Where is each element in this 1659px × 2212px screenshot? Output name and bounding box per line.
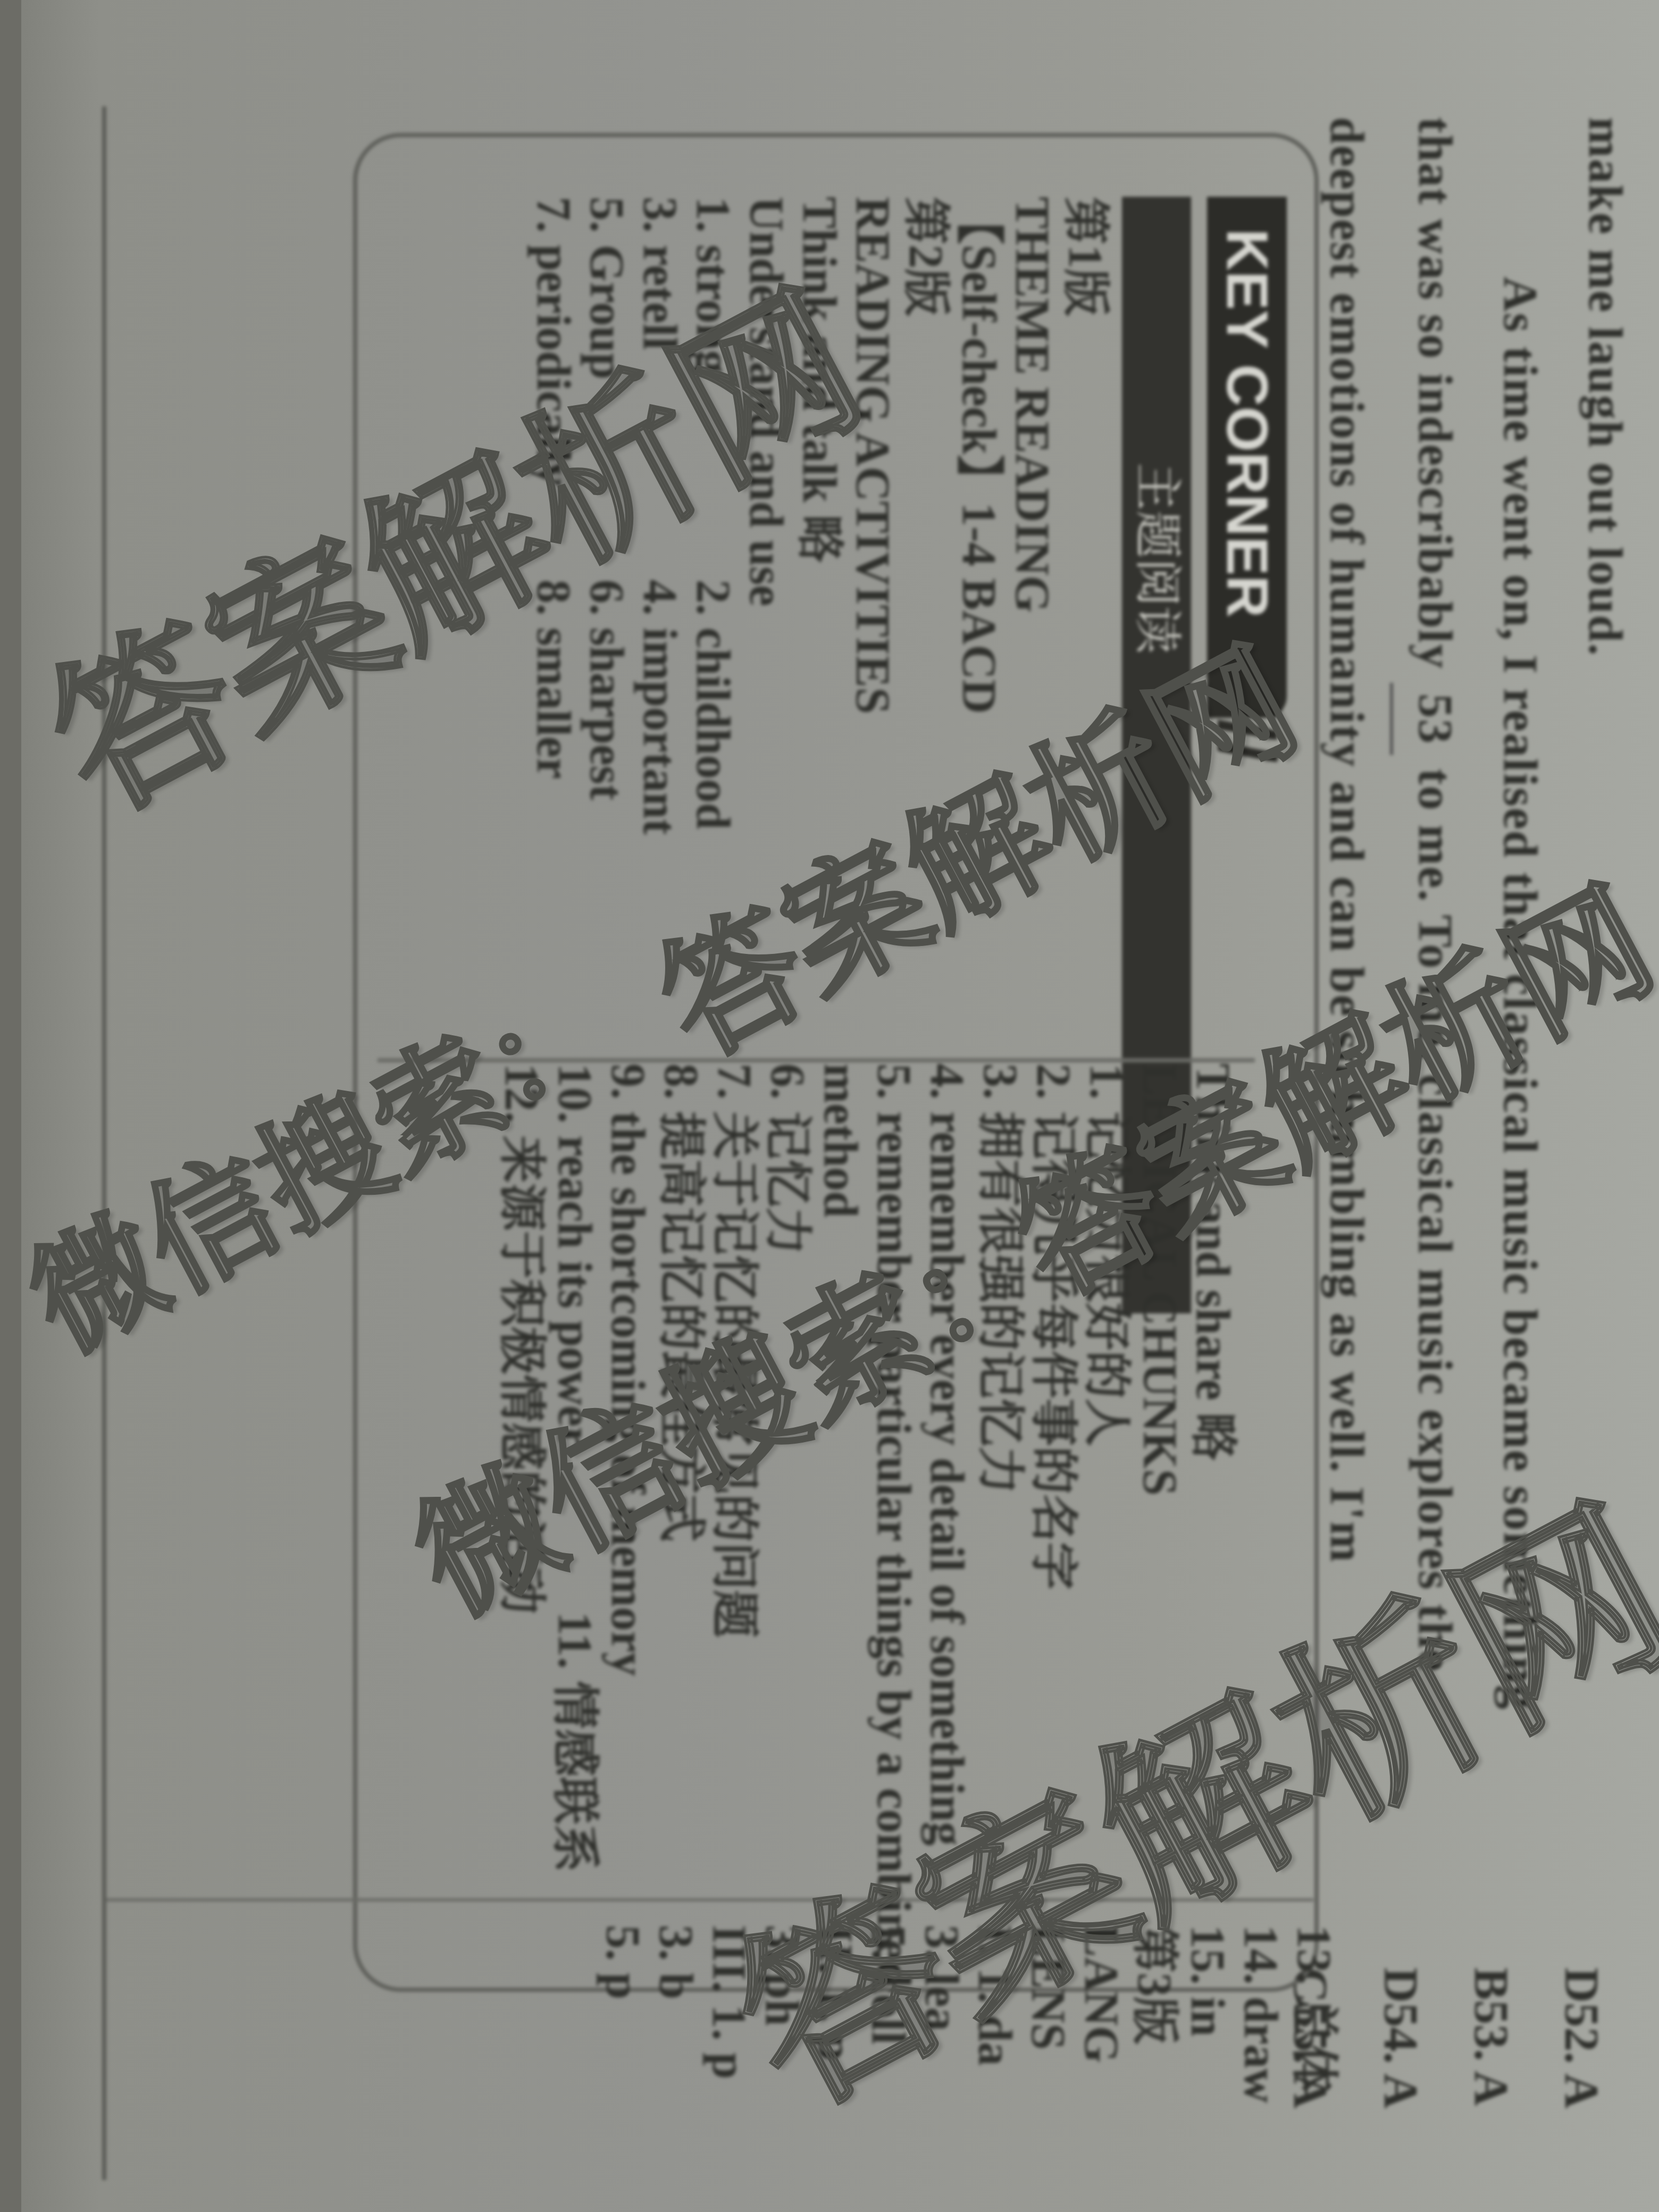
key-line: 1. 记忆力很好的人 bbox=[1079, 1063, 1133, 1941]
key-item: 11. 情感联系 bbox=[548, 1612, 601, 1941]
key-right-column: Think and share 略 LEXICAL CHUNKS 1. 记忆力很… bbox=[495, 1063, 1239, 1941]
passage-text: make me laugh out loud. As time went on,… bbox=[1305, 117, 1648, 2084]
key-line: 12. 来源于积极情感的活动 bbox=[495, 1063, 548, 1941]
key-line: 第1版 bbox=[1058, 197, 1111, 1048]
key-item: 4. important bbox=[633, 580, 686, 962]
key-line: LANG bbox=[1074, 1925, 1127, 2212]
key-line: 9. the shortcoming of memory bbox=[601, 1063, 654, 1941]
key-line: 3. 拥有很强的记忆力 bbox=[973, 1063, 1026, 1941]
key-pair: 7. periodically 8. smaller bbox=[526, 197, 580, 1048]
key-item: 2. childhood bbox=[686, 580, 739, 962]
key-line: READING ACTIVITIES bbox=[845, 197, 899, 1048]
passage-line: As time went on, I realised that classic… bbox=[1478, 117, 1563, 2084]
next-section-column: 13. 总体 14. draw 15. in 第3版 LANG LENS I. … bbox=[596, 1925, 1340, 2212]
key-item: 8. smaller bbox=[526, 580, 580, 962]
key-line: method bbox=[814, 1063, 867, 1941]
key-line: Understand and use bbox=[739, 197, 792, 1048]
key-item: 6. sharpest bbox=[580, 580, 633, 962]
key-line: 13. 总体 bbox=[1287, 1925, 1340, 2212]
answer-item: D54. A bbox=[1356, 1967, 1446, 2212]
key-line: 15. in bbox=[1180, 1925, 1234, 2212]
key-line: 5. coll bbox=[861, 1925, 915, 2212]
key-line: THEME READING bbox=[1005, 197, 1058, 1048]
passage-line: that was so indescribably 53 to me. To m… bbox=[1390, 117, 1478, 2084]
answer-item: B53. A bbox=[1446, 1967, 1537, 2212]
key-line: 3. ph bbox=[755, 1925, 808, 2212]
key-pair: 10. reach its power 11. 情感联系 bbox=[548, 1063, 601, 1941]
key-line: II. 1. p bbox=[808, 1925, 861, 2212]
key-line: 2. 记得几乎每件事的名字 bbox=[1026, 1063, 1079, 1941]
key-line: 5. p bbox=[596, 1925, 649, 2212]
key-left-column: 第1版 THEME READING 【Self-check】1-4 BACD 第… bbox=[526, 197, 1111, 1048]
key-line: LEXICAL CHUNKS bbox=[1133, 1063, 1186, 1941]
answer-blank: 53 bbox=[1390, 683, 1478, 755]
key-line: Think and share 略 bbox=[1186, 1063, 1239, 1941]
answer-item: D52. A bbox=[1537, 1967, 1627, 2212]
key-line: III. 1. p bbox=[702, 1925, 755, 2212]
key-pair: 3. retell 4. important bbox=[633, 197, 686, 1048]
key-line: 8. 提高记忆的最佳方式 bbox=[654, 1063, 707, 1941]
key-line: 【Self-check】1-4 BACD bbox=[952, 197, 1005, 1048]
rotated-document-page: make me laugh out loud. As time went on,… bbox=[0, 0, 1659, 2212]
key-corner-tag: KEY CORNER bbox=[1207, 197, 1287, 718]
key-line: LENS bbox=[1021, 1925, 1074, 2212]
key-line: 3. lea bbox=[915, 1925, 968, 2212]
slashes-decoration: /// bbox=[1207, 697, 1287, 763]
key-line: 3. b bbox=[649, 1925, 702, 2212]
key-item: 10. reach its power bbox=[548, 1063, 601, 1612]
passage-fragment: to me. To me, classical music explores t… bbox=[1409, 768, 1463, 1672]
key-item: 7. periodically bbox=[526, 197, 580, 580]
page-margin-rule bbox=[102, 106, 106, 2180]
key-item: 5. Group bbox=[580, 197, 633, 580]
passage-line: make me laugh out loud. bbox=[1563, 117, 1648, 2084]
key-line: 第2版 bbox=[899, 197, 952, 1048]
key-line: 5. remember particular things by a combi… bbox=[867, 1063, 920, 1941]
key-line: 14. draw bbox=[1234, 1925, 1287, 2212]
key-item: 3. retell bbox=[633, 197, 686, 580]
key-pair: 5. Group 6. sharpest bbox=[580, 197, 633, 1048]
key-line: 6. 记忆力 bbox=[760, 1063, 814, 1941]
key-pair: 1. strong 2. childhood bbox=[686, 197, 739, 1048]
key-item: 1. strong bbox=[686, 197, 739, 580]
key-line: Think and talk 略 bbox=[792, 197, 845, 1048]
key-line: 第3版 bbox=[1127, 1925, 1180, 2212]
passage-fragment: that was so indescribably bbox=[1409, 117, 1463, 669]
key-line: 4. remember every detail of something bbox=[920, 1063, 973, 1941]
key-line: I. 1. da bbox=[968, 1925, 1021, 2212]
section-divider bbox=[106, 1898, 1313, 1901]
column-divider bbox=[378, 1058, 1255, 1062]
key-line: 7. 关于记忆的最常见的问题 bbox=[707, 1063, 760, 1941]
